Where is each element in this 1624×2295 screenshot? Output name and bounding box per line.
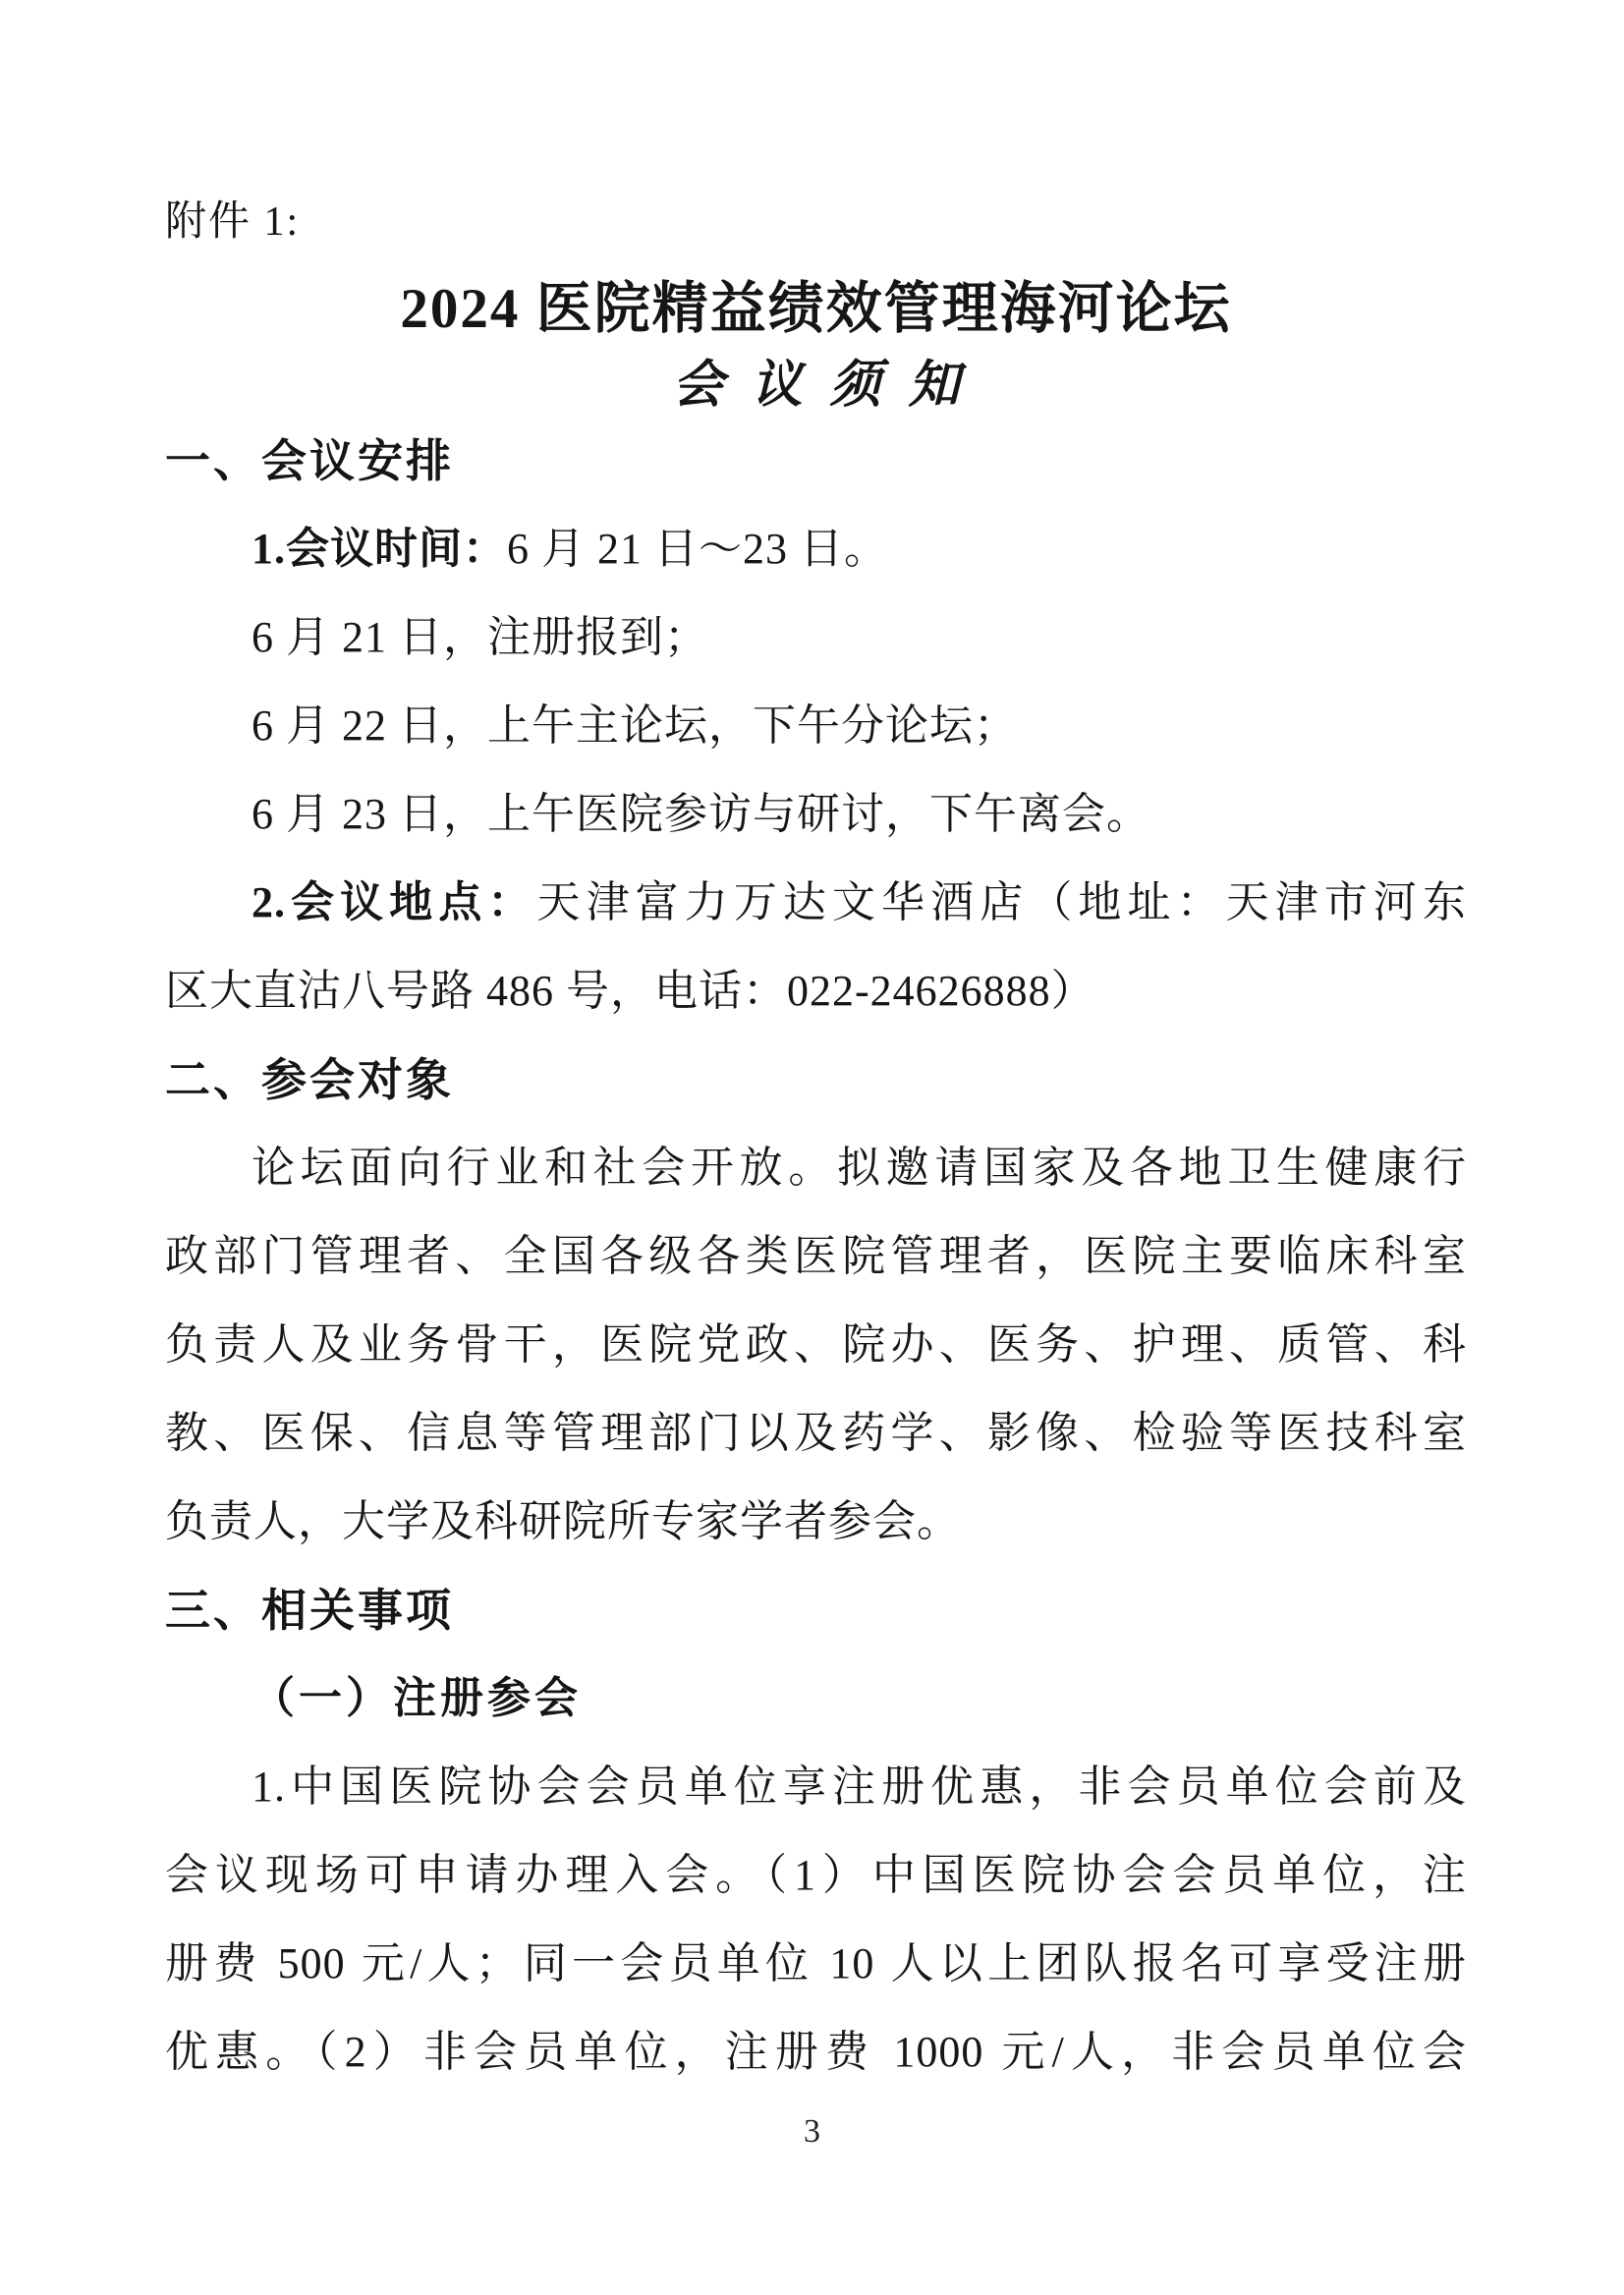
meeting-venue-line: 2.会议地点：天津富力万达文华酒店（地址：天津市河东 xyxy=(165,859,1467,947)
registration-paragraph-line: 会议现场可申请办理入会。（1）中国医院协会会员单位，注 xyxy=(165,1831,1467,1920)
schedule-line-day1: 6 月 21 日，注册报到； xyxy=(165,593,1467,682)
document-content: 附件 1: 2024 医院精益绩效管理海河论坛 会议须知 一、会议安排 1.会议… xyxy=(0,0,1624,2097)
attendees-paragraph-line: 论坛面向行业和社会开放。拟邀请国家及各地卫生健康行 xyxy=(165,1124,1467,1212)
document-subtitle: 会议须知 xyxy=(165,356,1467,417)
section-heading-attendees: 二、参会对象 xyxy=(165,1036,1467,1124)
registration-paragraph-line: 册费 500 元/人；同一会员单位 10 人以上团队报名可享受注册 xyxy=(165,1920,1467,2008)
schedule-line-day3: 6 月 23 日，上午医院参访与研讨，下午离会。 xyxy=(165,770,1467,859)
meeting-venue-value: 天津富力万达文华酒店（地址：天津市河东 xyxy=(537,878,1468,926)
meeting-venue-label: 2.会议地点： xyxy=(252,878,537,926)
registration-paragraph-line: 优惠。（2）非会员单位，注册费 1000 元/人，非会员单位会 xyxy=(165,2008,1467,2097)
document-title: 2024 医院精益绩效管理海河论坛 xyxy=(165,277,1467,342)
meeting-venue-continuation-line: 区大直沽八号路 486 号，电话：022-24626888） xyxy=(165,947,1467,1036)
meeting-time-line: 1.会议时间：6 月 21 日～23 日。 xyxy=(165,505,1467,593)
attachment-label: 附件 1: xyxy=(165,193,1467,252)
schedule-line-day2: 6 月 22 日，上午主论坛，下午分论坛； xyxy=(165,682,1467,770)
registration-paragraph-line: 1.中国医院协会会员单位享注册优惠，非会员单位会前及 xyxy=(165,1743,1467,1831)
attendees-paragraph-line: 政部门管理者、全国各级各类医院管理者，医院主要临床科室 xyxy=(165,1212,1467,1301)
attendees-paragraph-line: 教、医保、信息等管理部门以及药学、影像、检验等医技科室 xyxy=(165,1389,1467,1478)
page-number: 3 xyxy=(0,2112,1624,2152)
subsection-heading-registration: （一）注册参会 xyxy=(165,1654,1467,1743)
section-heading-related-matters: 三、相关事项 xyxy=(165,1566,1467,1654)
meeting-time-label: 1.会议时间： xyxy=(252,525,507,573)
attendees-paragraph-line: 负责人及业务骨干，医院党政、院办、医务、护理、质管、科 xyxy=(165,1301,1467,1389)
section-heading-meeting-arrangement: 一、会议安排 xyxy=(165,417,1467,505)
attendees-paragraph-line: 负责人，大学及科研院所专家学者参会。 xyxy=(165,1478,1467,1566)
document-page: 附件 1: 2024 医院精益绩效管理海河论坛 会议须知 一、会议安排 1.会议… xyxy=(0,0,1624,2295)
meeting-time-value: 6 月 21 日～23 日。 xyxy=(507,525,888,573)
